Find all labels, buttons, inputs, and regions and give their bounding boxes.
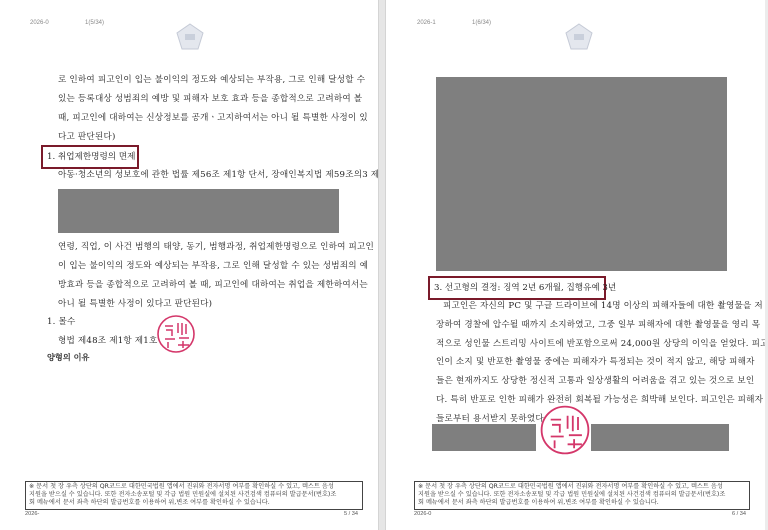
text-line: 장하여 경찰에 압수될 때까지 소지하였고, 그중 일부 피해자에 대한 촬영물… (436, 316, 760, 335)
item-confiscation: 1. 몰수 (47, 313, 76, 332)
footer-issue-number: 2026- (25, 511, 39, 517)
section-title-sentencing-reasons: 양형의 이유 (47, 352, 89, 363)
text-line: 이 입는 불이익의 정도와 예상되는 부작용, 그로 인해 달성할 수 있는 성… (58, 257, 368, 276)
header-page-ref: 1(6/34) (472, 20, 491, 26)
notice-line: 회 메뉴에서 문서 좌측 하단의 발급번호를 이용하여 위,변조 여부를 확인하… (418, 499, 746, 507)
text-line: 방효과 등을 종합적으로 고려하여 볼 때, 피고인에 대하여는 취업을 제한하… (58, 276, 368, 295)
verification-notice-box: ※ 문서 첫 장 우측 상단의 QR코드로 대한민국법원 앱에서 진위와 전자서… (25, 481, 363, 510)
redaction-block (436, 77, 727, 271)
notice-line: 회 메뉴에서 문서 좌측 하단의 발급번호를 이용하여 위,변조 여부를 확인하… (29, 499, 359, 507)
text-line: 때, 피고인에 대하여는 신상정보를 공개ㆍ고지하여서는 아니 될 특별한 사정… (58, 109, 368, 128)
notice-line: ※ 문서 첫 장 우측 상단의 QR코드로 대한민국법원 앱에서 진위와 전자서… (29, 483, 359, 491)
page-number: 5 / 34 (344, 511, 358, 517)
text-line: 피고인은 자신의 PC 및 구글 드라이브에 14명 이상의 피해자들에 대한 … (443, 297, 763, 316)
text-line: 적으로 성인물 스트리밍 사이트에 반포함으로써 24,000원 상당의 이익을… (436, 335, 768, 354)
text-line: 있는 등록대상 성범죄의 예방 및 피해자 보호 효과 등을 종합적으로 고려하… (58, 90, 362, 109)
page-number: 6 / 34 (732, 511, 746, 517)
verification-notice-box: ※ 문서 첫 장 우측 상단의 QR코드로 대한민국법원 앱에서 진위와 전자서… (414, 481, 750, 510)
notice-line: ※ 문서 첫 장 우측 상단의 QR코드로 대한민국법원 앱에서 진위와 전자서… (418, 483, 746, 491)
header-case-number: 2026-0 (30, 20, 49, 26)
court-emblem-icon (564, 22, 594, 52)
document-page-6: 2026-1 1(6/34) 3. 선고형의 결정: 징역 2년 6개월, 집행… (386, 0, 764, 530)
text-line: 로 인하여 피고인이 입는 불이익의 정도와 예상되는 부작용, 그로 인해 달… (58, 71, 365, 90)
redaction-block (58, 189, 339, 233)
text-line-law-reference: 아동·청소년의 성보호에 관한 법률 제56조 제1항 단서, 장애인복지법 제… (58, 166, 379, 185)
confiscation-law: 형법 제48조 제1항 제1호 (58, 332, 157, 351)
page-separator (378, 0, 386, 530)
header-case-number: 2026-1 (417, 20, 436, 26)
text-line: 다. 특히 반포로 인한 피해가 완전히 회복될 가능성은 희박해 보인다. 피… (436, 391, 763, 410)
redaction-block (432, 424, 536, 451)
document-page-5: 2026-0 1(5/34) 로 인하여 피고인이 입는 불이익의 정도와 예상… (0, 0, 378, 530)
text-line: 인이 소지 및 반포한 촬영물 중에는 피해자가 특정되는 것이 적지 않고, … (436, 353, 755, 372)
redaction-block (591, 424, 729, 451)
text-line: 아니 될 특별한 사정이 있다고 판단된다) (58, 295, 212, 314)
text-line: 들은 현재까지도 상당한 정신적 고통과 일상생활의 어려움을 겪고 있는 것으… (436, 372, 754, 391)
header-page-ref: 1(5/34) (85, 20, 104, 26)
judge-seal-icon (156, 314, 196, 354)
text-line: 연령, 직업, 이 사건 범행의 태양, 동기, 범행과정, 취업제한명령으로 … (58, 238, 374, 257)
court-emblem-icon (175, 22, 205, 52)
footer-issue-number: 2026-0 (414, 511, 431, 517)
judge-seal-icon (539, 404, 591, 456)
